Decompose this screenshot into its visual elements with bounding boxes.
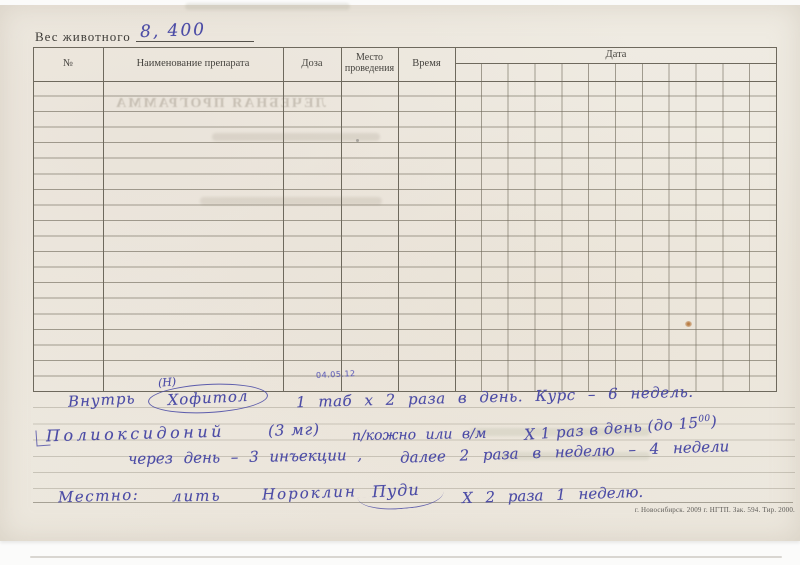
header-bottom-line	[33, 81, 777, 82]
hw-line2-freq-end: )	[710, 412, 718, 430]
hw-line1-route: Внутрь	[68, 389, 136, 411]
hw-line2-route: п/кожно или в/м	[352, 426, 487, 444]
header-place: Место проведения	[341, 52, 398, 74]
hw-line1-drug: Хофитол	[167, 387, 249, 409]
header-time: Время	[398, 58, 455, 69]
column-divider	[455, 47, 456, 392]
column-divider	[283, 47, 284, 392]
weight-label: Вес животного	[35, 29, 131, 45]
date-header-split-line	[455, 63, 777, 64]
hw-line2-dose: (3 мг)	[268, 420, 321, 440]
hw-line4-drug: Нороклин	[262, 482, 357, 503]
column-divider	[103, 47, 104, 392]
header-dose: Доза	[283, 58, 341, 69]
treatment-table-border	[33, 47, 777, 392]
print-colophon: г. Новосибирск. 2009 г. НГТП. Зак. 594. …	[600, 506, 795, 514]
column-divider	[341, 47, 342, 392]
header-drug-name: Наименование препарата	[103, 58, 283, 69]
weight-value-handwritten: 8, 400	[140, 20, 207, 42]
header-place-line2: проведения	[341, 63, 398, 74]
header-date: Дата	[455, 49, 777, 60]
weight-underline	[136, 41, 254, 42]
column-divider	[398, 47, 399, 392]
header-place-line1: Место	[341, 52, 398, 63]
hw-line4-verb: лить	[172, 487, 222, 506]
scan-edge-shadow	[30, 556, 782, 558]
header-number: №	[33, 58, 103, 69]
bleedthrough-blob	[185, 3, 350, 10]
hw-line4-local: Местно:	[58, 486, 140, 507]
hw-line2-freq-sup: 00	[698, 414, 711, 425]
